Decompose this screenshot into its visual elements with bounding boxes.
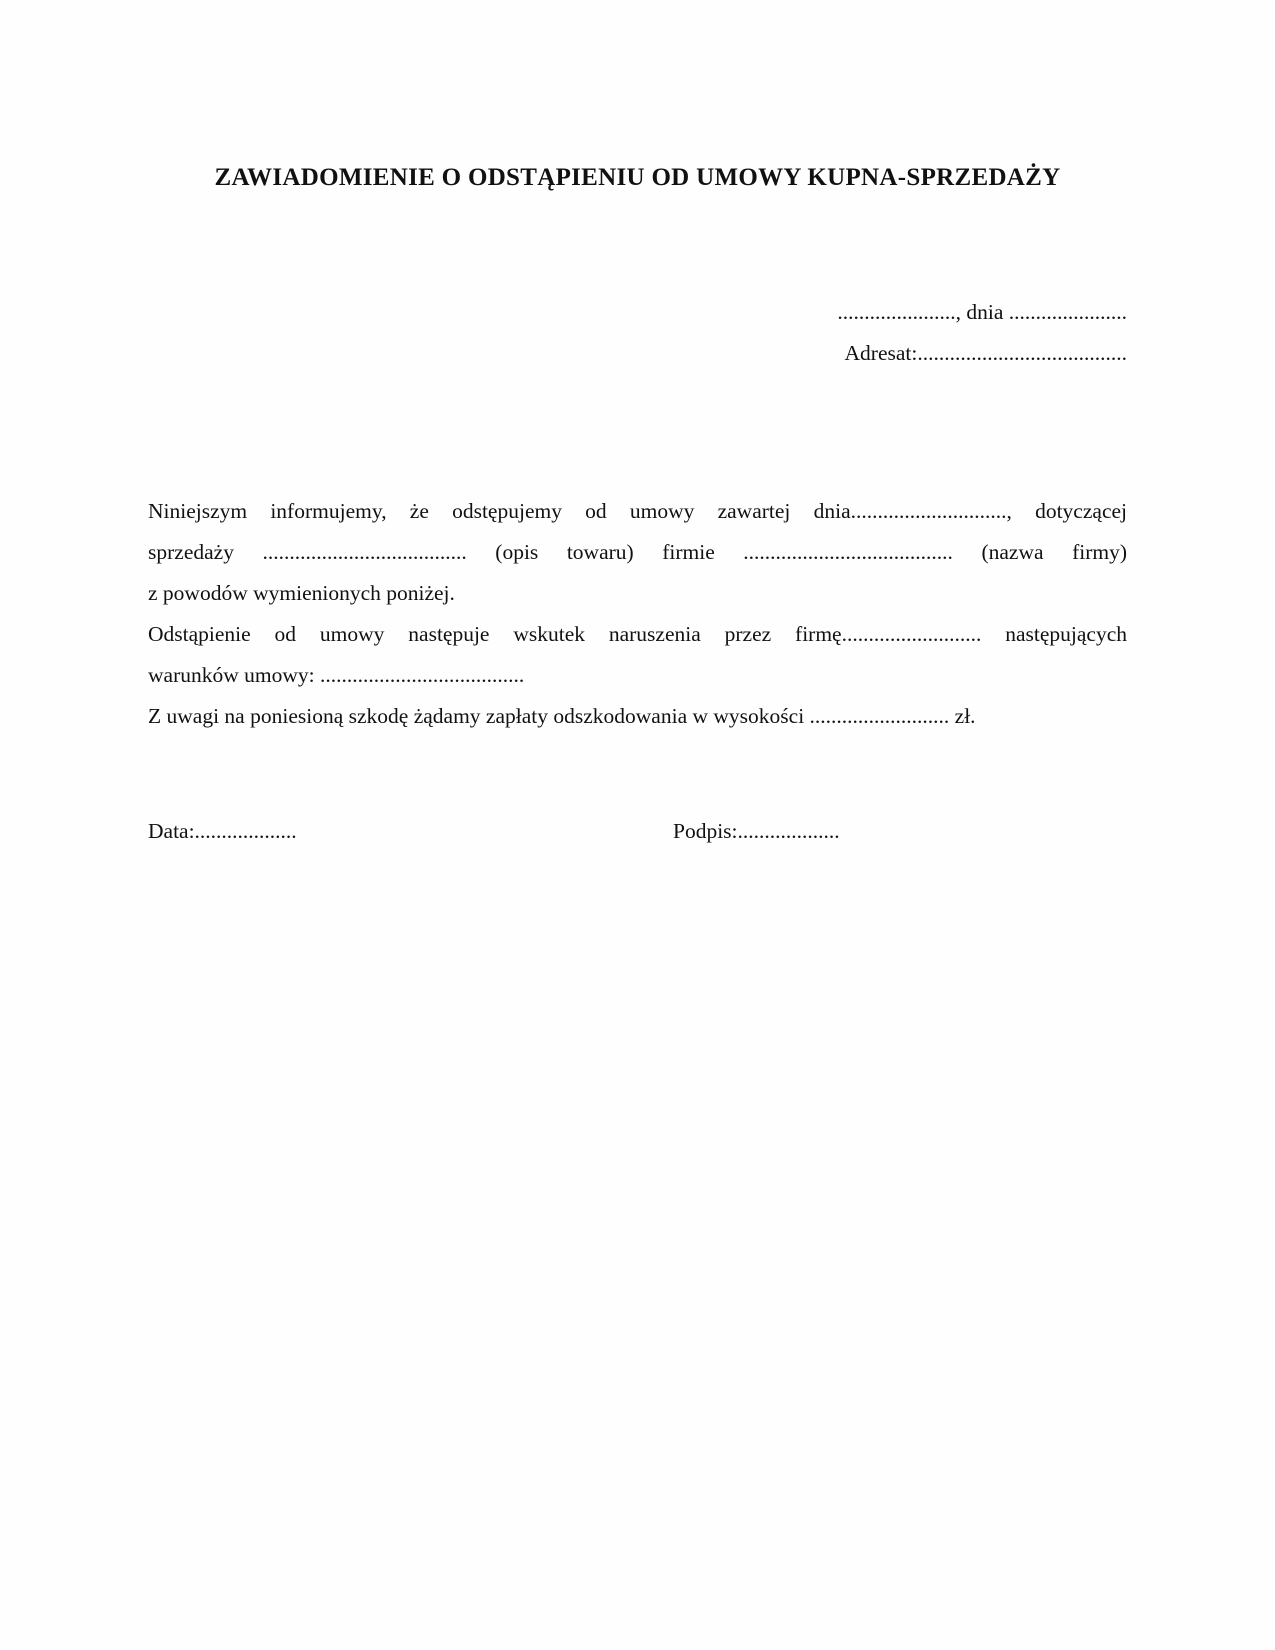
body-line: Z uwagi na poniesioną szkodę żądamy zapł… — [148, 696, 1127, 737]
document-body: Niniejszym informujemy, że odstępujemy o… — [148, 491, 1127, 737]
place-date-line: ......................, dnia ...........… — [837, 300, 1127, 325]
sign-signature-field: Podpis:................... — [673, 819, 840, 844]
body-line: Niniejszym informujemy, że odstępujemy o… — [148, 491, 1127, 532]
body-line: Odstąpienie od umowy następuje wskutek n… — [148, 614, 1127, 655]
document-page: ZAWIADOMIENIE O ODSTĄPIENIU OD UMOWY KUP… — [0, 0, 1275, 1650]
addressee-line: Adresat:................................… — [845, 341, 1127, 366]
body-line: z powodów wymienionych poniżej. — [148, 573, 1127, 614]
body-line: warunków umowy: ........................… — [148, 655, 1127, 696]
body-line: sprzedaży ..............................… — [148, 532, 1127, 573]
date-signature-field: Data:................... — [148, 819, 297, 844]
document-title: ZAWIADOMIENIE O ODSTĄPIENIU OD UMOWY KUP… — [0, 164, 1275, 192]
